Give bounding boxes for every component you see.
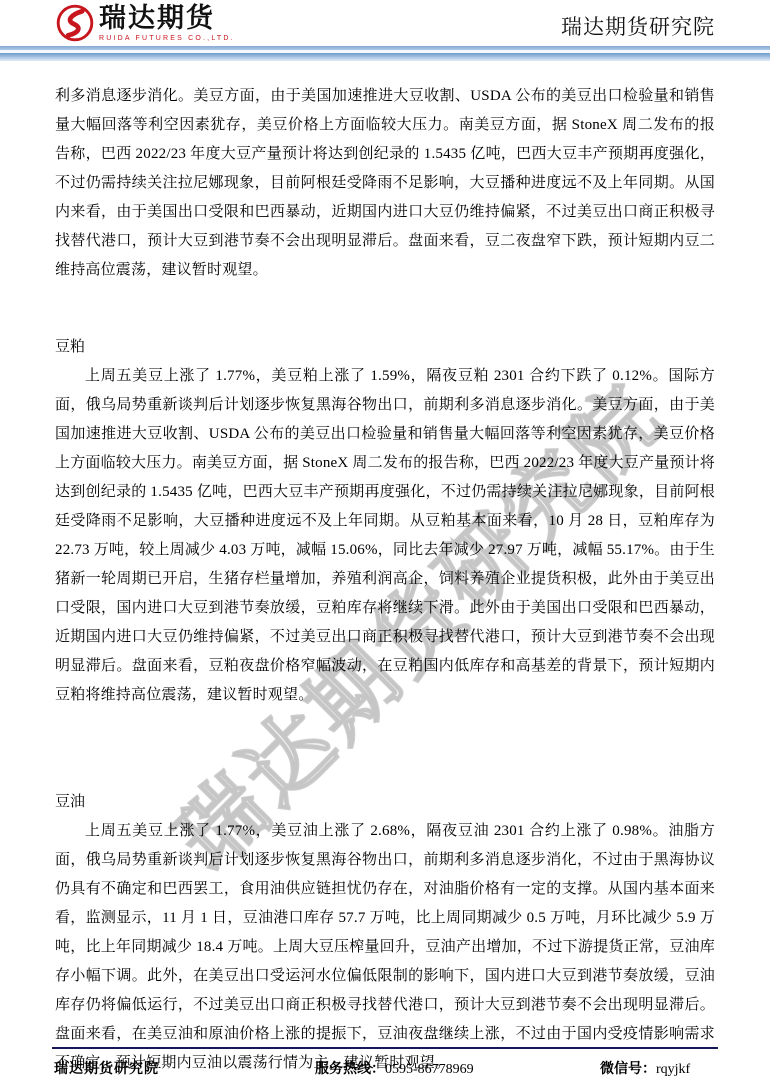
ruida-logo-icon bbox=[55, 3, 95, 43]
brand-text: 瑞达期货 RUIDA FUTURES CO.,LTD. bbox=[99, 5, 235, 42]
brand-name: 瑞达期货 bbox=[99, 5, 235, 32]
header-divider-bar bbox=[0, 46, 770, 61]
paragraph-intro: 利多消息逐步消化。美豆方面，由于美国加速推进大豆收割、USDA 公布的美豆出口检… bbox=[55, 82, 715, 285]
brand-logo: 瑞达期货 RUIDA FUTURES CO.,LTD. bbox=[55, 3, 235, 43]
paragraph-soybean-meal: 上周五美豆上涨了 1.77%，美豆粕上涨了 1.59%，隔夜豆粕 2301 合约… bbox=[55, 362, 715, 710]
section-title-soybean-oil: 豆油 bbox=[55, 788, 715, 817]
report-page: 瑞达期货 RUIDA FUTURES CO.,LTD. 瑞达期货研究院 瑞达期货… bbox=[0, 0, 770, 1090]
page-header: 瑞达期货 RUIDA FUTURES CO.,LTD. 瑞达期货研究院 bbox=[0, 0, 770, 46]
brand-subtitle: RUIDA FUTURES CO.,LTD. bbox=[99, 35, 235, 42]
paragraph-soybean-oil: 上周五美豆上涨了 1.77%，美豆油上涨了 2.68%，隔夜豆油 2301 合约… bbox=[55, 817, 715, 1078]
institute-title: 瑞达期货研究院 bbox=[561, 11, 715, 43]
section-title-soybean-meal: 豆粕 bbox=[55, 333, 715, 362]
header-divider-stripe-bottom bbox=[0, 53, 770, 61]
report-body: 瑞达期货研究院 利多消息逐步消化。美豆方面，由于美国加速推进大豆收割、USDA … bbox=[0, 61, 770, 1078]
